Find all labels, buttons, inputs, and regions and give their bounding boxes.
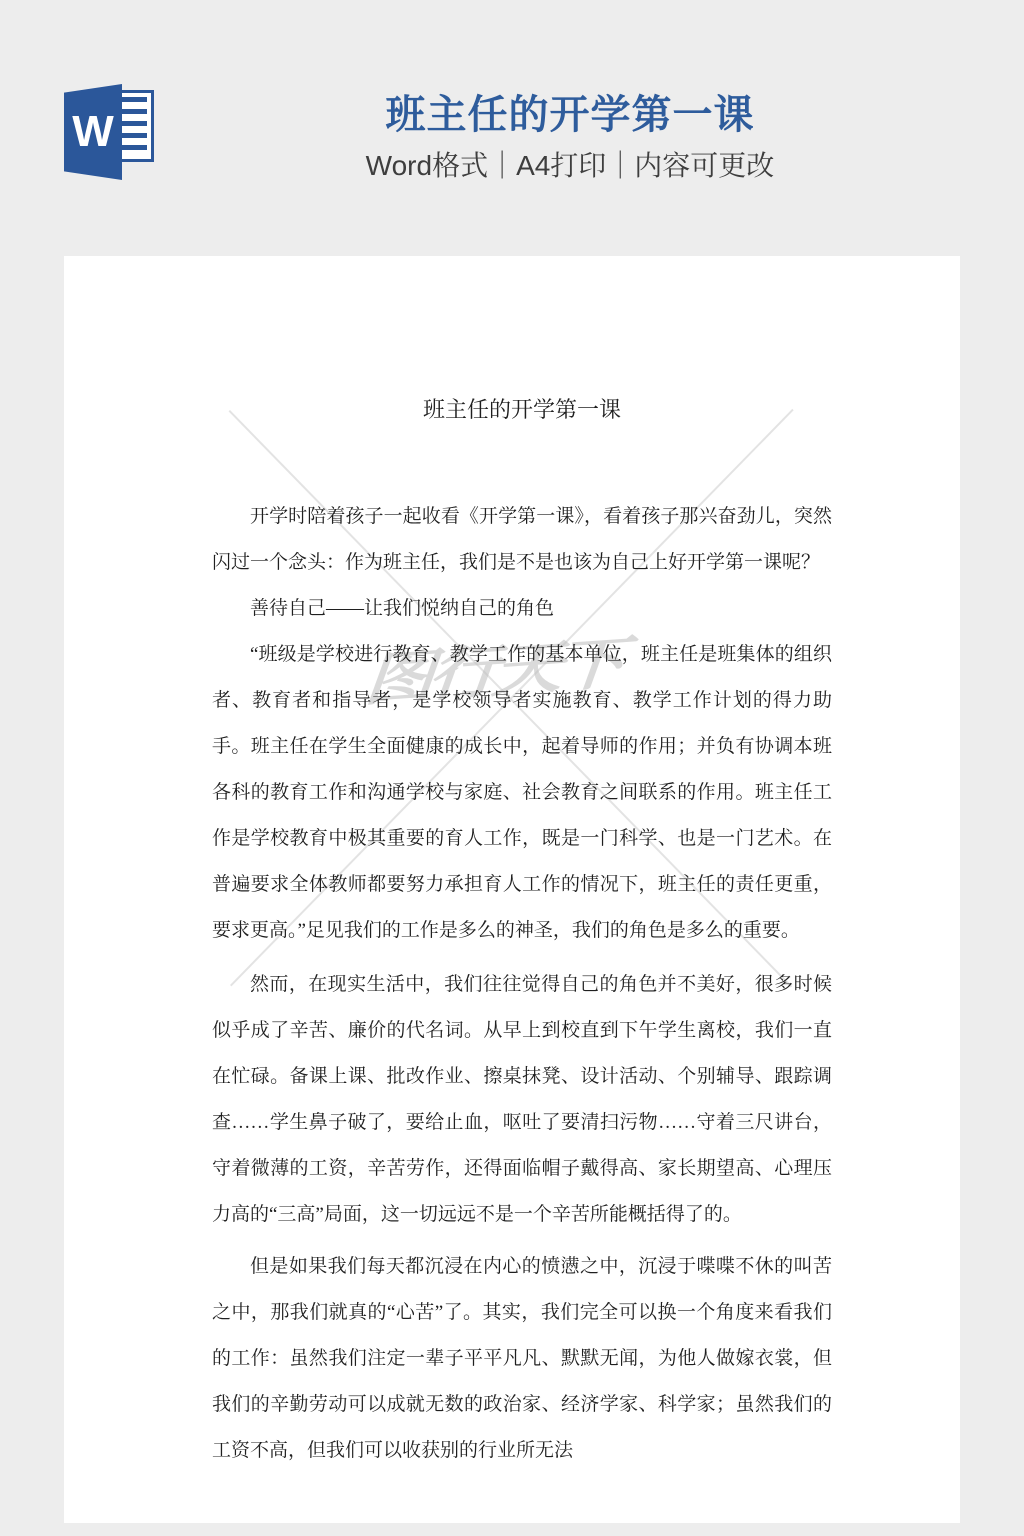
- template-title: 班主任的开学第一课: [330, 92, 810, 138]
- paragraph: 开学时陪着孩子一起收看《开学第一课》，看着孩子那兴奋劲儿，突然闪过一个念头：作为…: [212, 494, 832, 586]
- template-subtitle: Word格式｜A4打印｜内容可更改: [330, 150, 810, 182]
- page-canvas: W 班主任的开学第一课 Word格式｜A4打印｜内容可更改 图行天下 班主任的开…: [0, 0, 1024, 1536]
- document-page: 图行天下 班主任的开学第一课 开学时陪着孩子一起收看《开学第一课》，看着孩子那兴…: [64, 256, 960, 1523]
- paragraph: 善待自己——让我们悦纳自己的角色: [212, 586, 832, 632]
- document-title: 班主任的开学第一课: [212, 387, 832, 433]
- word-icon-text-lines: [120, 97, 147, 155]
- paragraph: “班级是学校进行教育、教学工作的基本单位，班主任是班集体的组织者、教育者和指导者…: [212, 632, 832, 954]
- header-text: 班主任的开学第一课 Word格式｜A4打印｜内容可更改: [330, 92, 810, 182]
- paragraph: 然而，在现实生活中，我们往往觉得自己的角色并不美好，很多时候似乎成了辛苦、廉价的…: [212, 962, 832, 1238]
- word-icon-letter: W: [72, 110, 114, 154]
- word-icon-flag: W: [64, 84, 122, 180]
- paragraph: 但是如果我们每天都沉浸在内心的愤懑之中，沉浸于喋喋不休的叫苦之中，那我们就真的“…: [212, 1244, 832, 1474]
- document-content: 班主任的开学第一课 开学时陪着孩子一起收看《开学第一课》，看着孩子那兴奋劲儿，突…: [212, 256, 832, 1474]
- word-icon: W: [64, 84, 156, 181]
